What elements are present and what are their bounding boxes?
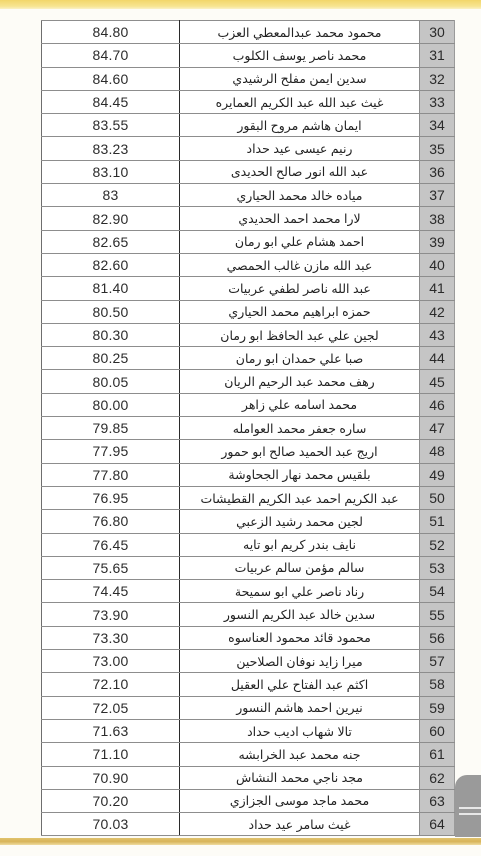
table-row: 84.80محمود محمد عبدالمعطي العزب30 <box>42 21 455 44</box>
rank-cell: 54 <box>420 580 455 603</box>
student-name-cell: غيث سامر عيد حداد <box>180 813 420 836</box>
score-cell: 83.55 <box>42 114 180 137</box>
table-row: 82.65احمد هشام علي ابو رمان39 <box>42 230 455 253</box>
side-tab-grip-line <box>459 807 481 809</box>
score-cell: 79.85 <box>42 417 180 440</box>
score-cell: 71.10 <box>42 743 180 766</box>
table-row: 70.03غيث سامر عيد حداد64 <box>42 813 455 836</box>
student-name-cell: نيرين احمد هاشم النسور <box>180 696 420 719</box>
student-name-cell: رنيم عيسى عيد حداد <box>180 137 420 160</box>
score-cell: 73.00 <box>42 650 180 673</box>
student-name-cell: تالا شهاب اديب حداد <box>180 719 420 742</box>
rank-cell: 30 <box>420 21 455 44</box>
table-row: 77.95اريج عبد الحميد صالح ابو حمور48 <box>42 440 455 463</box>
table-row: 83مياده خالد محمد الحياري37 <box>42 184 455 207</box>
table-row: 82.60عبد الله مازن غالب الحمصي40 <box>42 253 455 276</box>
rank-cell: 33 <box>420 90 455 113</box>
rank-cell: 49 <box>420 463 455 486</box>
rank-cell: 50 <box>420 486 455 509</box>
student-name-cell: اكثم عبد الفتاح علي العقيل <box>180 673 420 696</box>
table-row: 83.10عبد الله انور صالح الحديدى36 <box>42 160 455 183</box>
score-cell: 80.50 <box>42 300 180 323</box>
student-name-cell: بلقيس محمد نهار الجحاوشة <box>180 463 420 486</box>
rank-cell: 44 <box>420 347 455 370</box>
score-cell: 83.23 <box>42 137 180 160</box>
score-cell: 74.45 <box>42 580 180 603</box>
score-cell: 84.80 <box>42 21 180 44</box>
student-name-cell: حمزه ابراهيم محمد الحياري <box>180 300 420 323</box>
rank-cell: 36 <box>420 160 455 183</box>
rank-cell: 57 <box>420 650 455 673</box>
score-cell: 70.90 <box>42 766 180 789</box>
table-row: 76.45نايف بندر كريم ابو تايه52 <box>42 533 455 556</box>
student-name-cell: عبد الكريم احمد عبد الكريم القطيشات <box>180 486 420 509</box>
score-cell: 80.30 <box>42 323 180 346</box>
table-row: 80.00محمد اسامه علي زاهر46 <box>42 393 455 416</box>
table-row: 77.80بلقيس محمد نهار الجحاوشة49 <box>42 463 455 486</box>
student-name-cell: نايف بندر كريم ابو تايه <box>180 533 420 556</box>
table-row: 80.50حمزه ابراهيم محمد الحياري42 <box>42 300 455 323</box>
rank-cell: 35 <box>420 137 455 160</box>
score-cell: 76.45 <box>42 533 180 556</box>
score-cell: 80.00 <box>42 393 180 416</box>
rank-cell: 52 <box>420 533 455 556</box>
table-row: 83.23رنيم عيسى عيد حداد35 <box>42 137 455 160</box>
score-cell: 73.90 <box>42 603 180 626</box>
table-row: 84.45غيث عبد الله عبد الكريم العمايره33 <box>42 90 455 113</box>
student-name-cell: محمد اسامه علي زاهر <box>180 393 420 416</box>
table-row: 75.65سالم مؤمن سالم عربيات53 <box>42 556 455 579</box>
rank-cell: 46 <box>420 393 455 416</box>
score-cell: 83.10 <box>42 160 180 183</box>
student-name-cell: محمود محمد عبدالمعطي العزب <box>180 21 420 44</box>
table-row: 72.05نيرين احمد هاشم النسور59 <box>42 696 455 719</box>
rank-cell: 42 <box>420 300 455 323</box>
rank-cell: 64 <box>420 813 455 836</box>
table-row: 73.00ميرا زايد نوفان الصلاحين57 <box>42 650 455 673</box>
rank-cell: 32 <box>420 67 455 90</box>
rank-cell: 41 <box>420 277 455 300</box>
table-row: 83.55ايمان هاشم مروح البقور34 <box>42 114 455 137</box>
table-row: 71.10جنه محمد عبد الخرابشه61 <box>42 743 455 766</box>
student-name-cell: لجين محمد رشيد الزعبي <box>180 510 420 533</box>
score-cell: 71.63 <box>42 719 180 742</box>
rank-cell: 51 <box>420 510 455 533</box>
student-name-cell: محمود قائد محمود العناسوه <box>180 626 420 649</box>
score-cell: 76.80 <box>42 510 180 533</box>
student-name-cell: محمد ماجد موسى الجزازي <box>180 789 420 812</box>
table-row: 80.25صبا علي حمدان ابو رمان44 <box>42 347 455 370</box>
rank-cell: 38 <box>420 207 455 230</box>
score-cell: 84.60 <box>42 67 180 90</box>
rank-cell: 60 <box>420 719 455 742</box>
student-name-cell: احمد هشام علي ابو رمان <box>180 230 420 253</box>
rank-cell: 62 <box>420 766 455 789</box>
student-name-cell: عبد الله ناصر لطفي عربيات <box>180 277 420 300</box>
table-row: 72.10اكثم عبد الفتاح علي العقيل58 <box>42 673 455 696</box>
rank-cell: 48 <box>420 440 455 463</box>
student-name-cell: مجد ناجي محمد النشاش <box>180 766 420 789</box>
side-pull-tab[interactable] <box>455 775 481 837</box>
student-name-cell: عبد الله انور صالح الحديدى <box>180 160 420 183</box>
score-cell: 80.05 <box>42 370 180 393</box>
side-tab-grip-line <box>459 813 481 815</box>
rank-cell: 61 <box>420 743 455 766</box>
student-name-cell: اريج عبد الحميد صالح ابو حمور <box>180 440 420 463</box>
student-name-cell: مياده خالد محمد الحياري <box>180 184 420 207</box>
score-cell: 83 <box>42 184 180 207</box>
rank-cell: 43 <box>420 323 455 346</box>
student-name-cell: صبا علي حمدان ابو رمان <box>180 347 420 370</box>
table-row: 71.63تالا شهاب اديب حداد60 <box>42 719 455 742</box>
rank-cell: 53 <box>420 556 455 579</box>
bottom-decorative-band <box>0 838 481 845</box>
table-row: 79.85ساره جعفر محمد العوامله47 <box>42 417 455 440</box>
student-name-cell: لارا محمد احمد الحديدي <box>180 207 420 230</box>
score-cell: 84.45 <box>42 90 180 113</box>
table-row: 81.40عبد الله ناصر لطفي عربيات41 <box>42 277 455 300</box>
rank-cell: 55 <box>420 603 455 626</box>
score-cell: 77.95 <box>42 440 180 463</box>
table-row: 70.20محمد ماجد موسى الجزازي63 <box>42 789 455 812</box>
rank-cell: 37 <box>420 184 455 207</box>
rank-cell: 40 <box>420 253 455 276</box>
score-cell: 75.65 <box>42 556 180 579</box>
student-name-cell: ميرا زايد نوفان الصلاحين <box>180 650 420 673</box>
rank-cell: 63 <box>420 789 455 812</box>
student-name-cell: محمد ناصر يوسف الكلوب <box>180 44 420 67</box>
rank-cell: 45 <box>420 370 455 393</box>
student-name-cell: سالم مؤمن سالم عربيات <box>180 556 420 579</box>
table-row: 74.45رناد ناصر علي ابو سميحة54 <box>42 580 455 603</box>
table-row: 82.90لارا محمد احمد الحديدي38 <box>42 207 455 230</box>
student-name-cell: رناد ناصر علي ابو سميحة <box>180 580 420 603</box>
score-cell: 80.25 <box>42 347 180 370</box>
score-cell: 77.80 <box>42 463 180 486</box>
table-row: 80.30لجين علي عبد الحافظ ابو رمان43 <box>42 323 455 346</box>
table-row: 76.95عبد الكريم احمد عبد الكريم القطيشات… <box>42 486 455 509</box>
rank-cell: 34 <box>420 114 455 137</box>
rank-cell: 39 <box>420 230 455 253</box>
score-cell: 81.40 <box>42 277 180 300</box>
student-name-cell: غيث عبد الله عبد الكريم العمايره <box>180 90 420 113</box>
table-row: 84.60سدين ايمن مفلح الرشيدي32 <box>42 67 455 90</box>
score-cell: 84.70 <box>42 44 180 67</box>
score-cell: 73.30 <box>42 626 180 649</box>
rank-cell: 47 <box>420 417 455 440</box>
table-row: 73.90سدين خالد عبد الكريم النسور55 <box>42 603 455 626</box>
results-table-body: 84.80محمود محمد عبدالمعطي العزب3084.70مح… <box>42 21 455 836</box>
student-name-cell: لجين علي عبد الحافظ ابو رمان <box>180 323 420 346</box>
student-name-cell: سدين خالد عبد الكريم النسور <box>180 603 420 626</box>
table-row: 73.30محمود قائد محمود العناسوه56 <box>42 626 455 649</box>
rank-cell: 58 <box>420 673 455 696</box>
results-table: 84.80محمود محمد عبدالمعطي العزب3084.70مح… <box>41 20 455 836</box>
score-cell: 72.05 <box>42 696 180 719</box>
student-name-cell: رهف محمد عبد الرحيم الريان <box>180 370 420 393</box>
score-cell: 82.60 <box>42 253 180 276</box>
student-name-cell: عبد الله مازن غالب الحمصي <box>180 253 420 276</box>
student-name-cell: ايمان هاشم مروح البقور <box>180 114 420 137</box>
score-cell: 76.95 <box>42 486 180 509</box>
score-cell: 72.10 <box>42 673 180 696</box>
top-decorative-band <box>0 0 481 9</box>
score-cell: 70.03 <box>42 813 180 836</box>
rank-cell: 59 <box>420 696 455 719</box>
rank-cell: 31 <box>420 44 455 67</box>
score-cell: 82.90 <box>42 207 180 230</box>
score-cell: 70.20 <box>42 789 180 812</box>
rank-cell: 56 <box>420 626 455 649</box>
table-row: 80.05رهف محمد عبد الرحيم الريان45 <box>42 370 455 393</box>
table-row: 70.90مجد ناجي محمد النشاش62 <box>42 766 455 789</box>
score-cell: 82.65 <box>42 230 180 253</box>
table-row: 84.70محمد ناصر يوسف الكلوب31 <box>42 44 455 67</box>
student-name-cell: جنه محمد عبد الخرابشه <box>180 743 420 766</box>
table-row: 76.80لجين محمد رشيد الزعبي51 <box>42 510 455 533</box>
student-name-cell: سدين ايمن مفلح الرشيدي <box>180 67 420 90</box>
results-sheet: 84.80محمود محمد عبدالمعطي العزب3084.70مح… <box>41 20 453 836</box>
student-name-cell: ساره جعفر محمد العوامله <box>180 417 420 440</box>
